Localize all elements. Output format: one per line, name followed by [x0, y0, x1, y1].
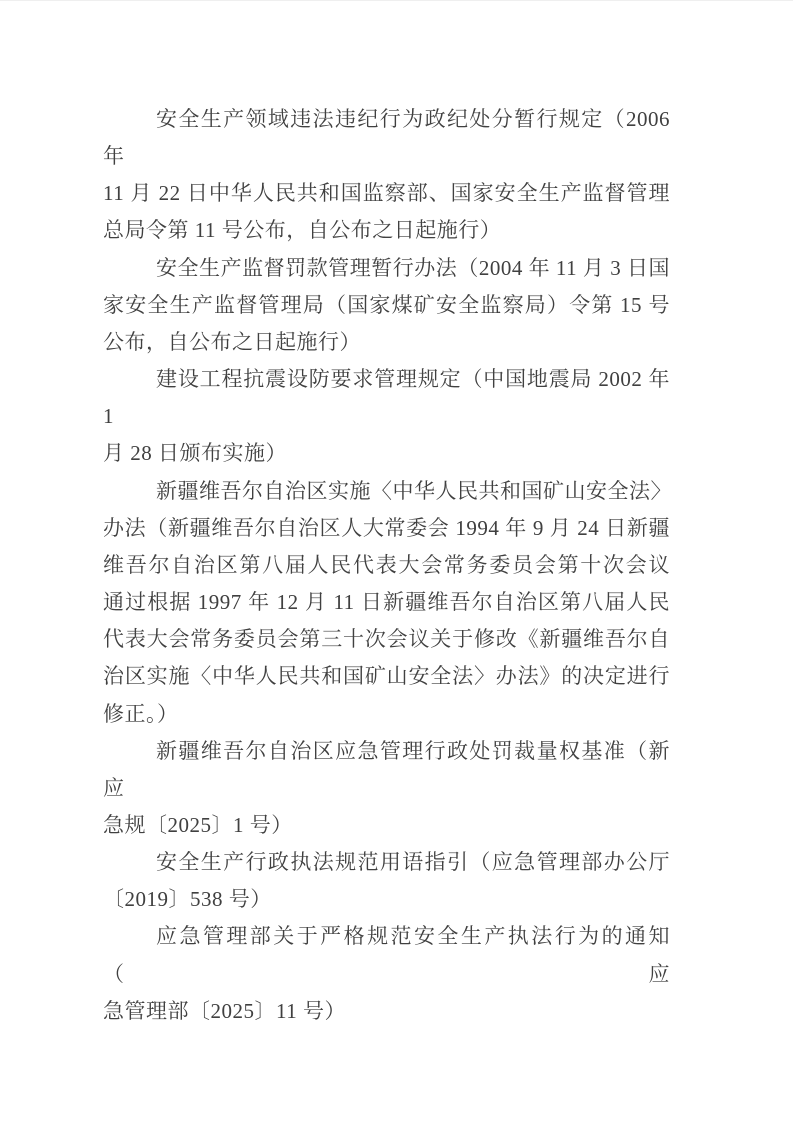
text-line: 急管理部〔2025〕11 号） [103, 993, 670, 1030]
text-line: 总局令第 11 号公布，自公布之日起施行） [103, 212, 670, 249]
text-line: 安全生产领域违法违纪行为政纪处分暂行规定（2006 年 [103, 101, 670, 175]
text-line: 安全生产行政执法规范用语指引（应急管理部办公厅 [103, 844, 670, 881]
paragraph: 应急管理部关于严格规范安全生产执法行为的通知（应急管理部〔2025〕11 号） [103, 918, 670, 1029]
text-line: 通过根据 1997 年 12 月 11 日新疆维吾尔自治区第八届人民 [103, 584, 670, 621]
paragraph: 安全生产行政执法规范用语指引（应急管理部办公厅〔2019〕538 号） [103, 844, 670, 918]
document-page: 安全生产领域违法违纪行为政纪处分暂行规定（2006 年11 月 22 日中华人民… [0, 0, 793, 1122]
paragraph: 建设工程抗震设防要求管理规定（中国地震局 2002 年 1月 28 日颁布实施） [103, 361, 670, 472]
text-line: 新疆维吾尔自治区应急管理行政处罚裁量权基准（新应 [103, 733, 670, 807]
text-line: 治区实施〈中华人民共和国矿山安全法〉办法》的决定进行 [103, 658, 670, 695]
text-line: 新疆维吾尔自治区实施〈中华人民共和国矿山安全法〉 [103, 473, 670, 510]
page-top-edge-line [0, 0, 793, 1]
text-line: 应急管理部关于严格规范安全生产执法行为的通知（应 [103, 918, 670, 992]
text-line: 修正。） [103, 696, 670, 733]
text-line: 办法（新疆维吾尔自治区人大常委会 1994 年 9 月 24 日新疆 [103, 510, 670, 547]
text-line: 急规〔2025〕1 号） [103, 807, 670, 844]
paragraph: 安全生产领域违法违纪行为政纪处分暂行规定（2006 年11 月 22 日中华人民… [103, 101, 670, 250]
text-line: 〔2019〕538 号） [103, 881, 670, 918]
text-line: 月 28 日颁布实施） [103, 435, 670, 472]
paragraph: 新疆维吾尔自治区实施〈中华人民共和国矿山安全法〉办法（新疆维吾尔自治区人大常委会… [103, 473, 670, 733]
paragraph: 安全生产监督罚款管理暂行办法（2004 年 11 月 3 日国家安全生产监督管理… [103, 250, 670, 361]
text-line: 维吾尔自治区第八届人民代表大会常务委员会第十次会议 [103, 547, 670, 584]
text-line: 公布，自公布之日起施行） [103, 324, 670, 361]
text-line: 安全生产监督罚款管理暂行办法（2004 年 11 月 3 日国 [103, 250, 670, 287]
text-line: 家安全生产监督管理局（国家煤矿安全监察局）令第 15 号 [103, 287, 670, 324]
text-line: 建设工程抗震设防要求管理规定（中国地震局 2002 年 1 [103, 361, 670, 435]
paragraph: 新疆维吾尔自治区应急管理行政处罚裁量权基准（新应急规〔2025〕1 号） [103, 733, 670, 844]
document-text-block: 安全生产领域违法违纪行为政纪处分暂行规定（2006 年11 月 22 日中华人民… [103, 101, 670, 1030]
text-line: 11 月 22 日中华人民共和国监察部、国家安全生产监督管理 [103, 175, 670, 212]
text-line: 代表大会常务委员会第三十次会议关于修改《新疆维吾尔自 [103, 621, 670, 658]
